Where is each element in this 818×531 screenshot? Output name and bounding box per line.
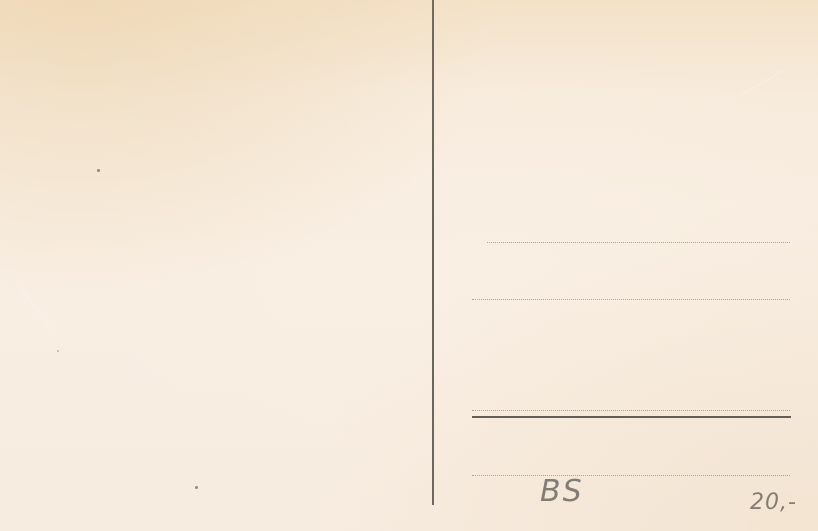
address-underline [472, 416, 791, 418]
paper-crease [740, 70, 784, 96]
paper-speck [57, 350, 59, 352]
paper-speck [97, 169, 100, 172]
center-divider-line [432, 0, 434, 505]
address-line-2 [472, 299, 790, 300]
address-line-3 [472, 410, 790, 411]
paper-crease [19, 285, 60, 343]
address-line-1 [487, 242, 790, 243]
pencil-price: 20,- [750, 490, 797, 515]
paper-speck [195, 486, 198, 489]
postcard-back: BS 20,- [0, 0, 818, 531]
pencil-initials: BS [540, 474, 584, 509]
address-line-4 [472, 475, 790, 476]
